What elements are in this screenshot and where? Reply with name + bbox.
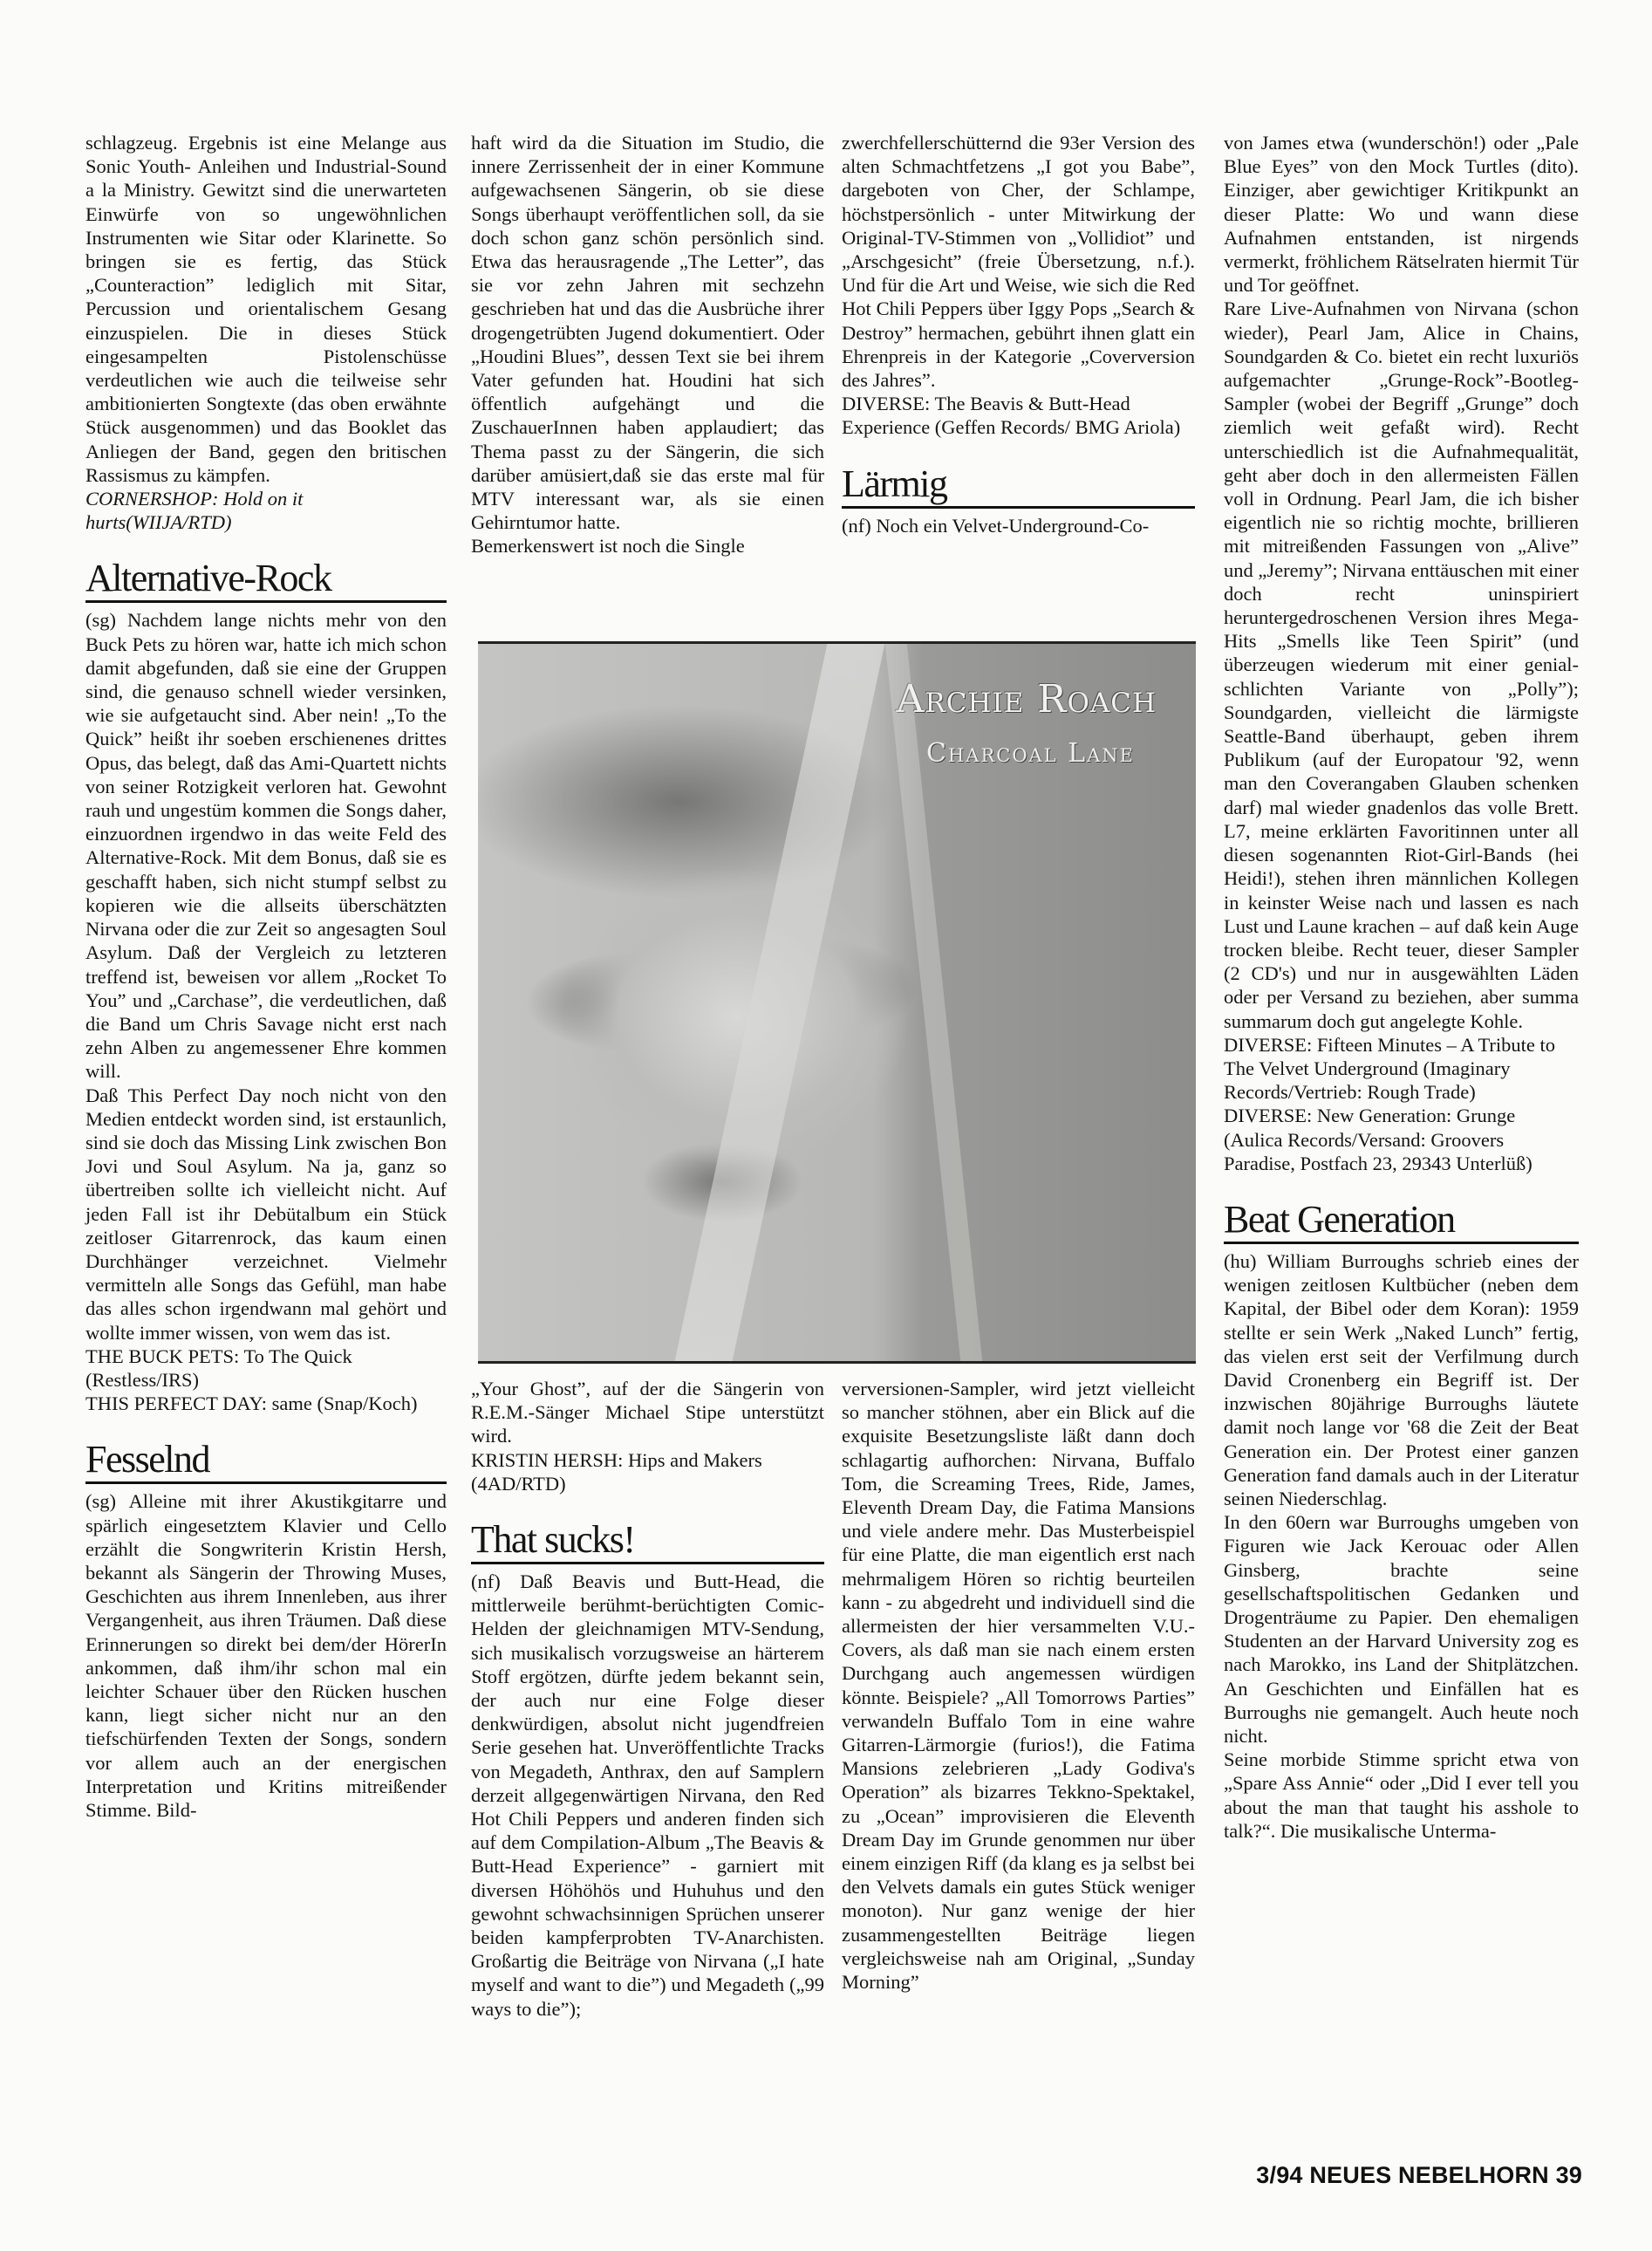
paragraph-velvet-underground-continued: verversionen-Sampler, wird jetzt viellei… [842, 1377, 1195, 1994]
credit-this-perfect-day: THIS PERFECT DAY: same (Snap/Koch) [85, 1392, 447, 1415]
paragraph-your-ghost: „Your Ghost”, auf der die Sängerin von R… [471, 1377, 824, 1448]
credit-buck-pets: THE BUCK PETS: To The Quick (Restless/IR… [85, 1344, 447, 1392]
column-3-bottom: verversionen-Sampler, wird jetzt viellei… [842, 1377, 1195, 1994]
paragraph-this-perfect-day: Daß This Perfect Day noch nicht von den … [85, 1084, 447, 1344]
page-footer-issue-title: 3/94 NEUES NEBELHORN 39 [1204, 2162, 1582, 2189]
paragraph-kristin-hersh-continued: haft wird da die Situation im Studio, di… [471, 131, 824, 534]
credit-beavis-butthead: DIVERSE: The Beavis & Butt-Head Experien… [842, 392, 1195, 439]
paragraph-burroughs-voice: Seine morbide Stimme spricht etwa von „S… [1224, 1748, 1579, 1843]
paragraph-burroughs-intro: (hu) William Burroughs schrieb eines der… [1224, 1249, 1579, 1510]
section-heading-fesselnd: Fesselnd [85, 1440, 447, 1484]
paragraph-cornershop-review: schlagzeug. Ergebnis ist eine Melange au… [85, 131, 447, 487]
column-2-top: haft wird da die Situation im Studio, di… [471, 131, 824, 558]
credit-fifteen-minutes: DIVERSE: Fifteen Minutes – A Tribute to … [1224, 1033, 1579, 1105]
column-3-top: zwerchfellerschütternd die 93er Version … [842, 131, 1195, 537]
credit-kristin-hersh: KRISTIN HERSH: Hips and Makers (4AD/RTD) [471, 1448, 824, 1495]
paragraph-kristin-hersh: (sg) Alleine mit ihrer Akustikgitarre un… [85, 1489, 447, 1822]
paragraph-single-note: Bemerkenswert ist noch die Single [471, 534, 824, 558]
section-heading-that-sucks: That sucks! [471, 1520, 824, 1564]
album-cover-image: Archie Roach Charcoal Lane [478, 641, 1196, 1364]
credit-cornershop: CORNERSHOP: Hold on it hurts(WIIJA/RTD) [85, 487, 447, 534]
paragraph-velvet-underground-start: (nf) Noch ein Velvet-Underground-Co- [842, 514, 1195, 537]
paragraph-buck-pets: (sg) Nachdem lange nichts mehr von den B… [85, 608, 447, 1083]
section-heading-laermig: Lärmig [842, 464, 1195, 509]
credit-new-generation-grunge: DIVERSE: New Generation: Grunge (Aulica … [1224, 1104, 1579, 1175]
cover-album-title: Charcoal Lane [926, 738, 1135, 769]
paragraph-burroughs-sixties: In den 60ern war Burroughs umgeben von F… [1224, 1510, 1579, 1748]
paragraph-velvet-underground-end: von James etwa (wunderschön!) oder „Pale… [1224, 131, 1579, 297]
paragraph-beavis-continued: zwerchfellerschütternd die 93er Version … [842, 131, 1195, 392]
column-4: von James etwa (wunderschön!) oder „Pale… [1224, 131, 1579, 1843]
section-heading-beat-generation: Beat Generation [1224, 1200, 1579, 1244]
column-2-bottom: „Your Ghost”, auf der die Sängerin von R… [471, 1377, 824, 2021]
column-1: schlagzeug. Ergebnis ist eine Melange au… [85, 131, 447, 1822]
cover-artist-name: Archie Roach [897, 677, 1157, 722]
paragraph-grunge-sampler: Rare Live-Aufnahmen von Nirvana (schon w… [1224, 297, 1579, 1032]
section-heading-alternative-rock: Alternative-Rock [85, 558, 447, 603]
paragraph-beavis-butthead: (nf) Daß Beavis und Butt-Head, die mittl… [471, 1570, 824, 2021]
